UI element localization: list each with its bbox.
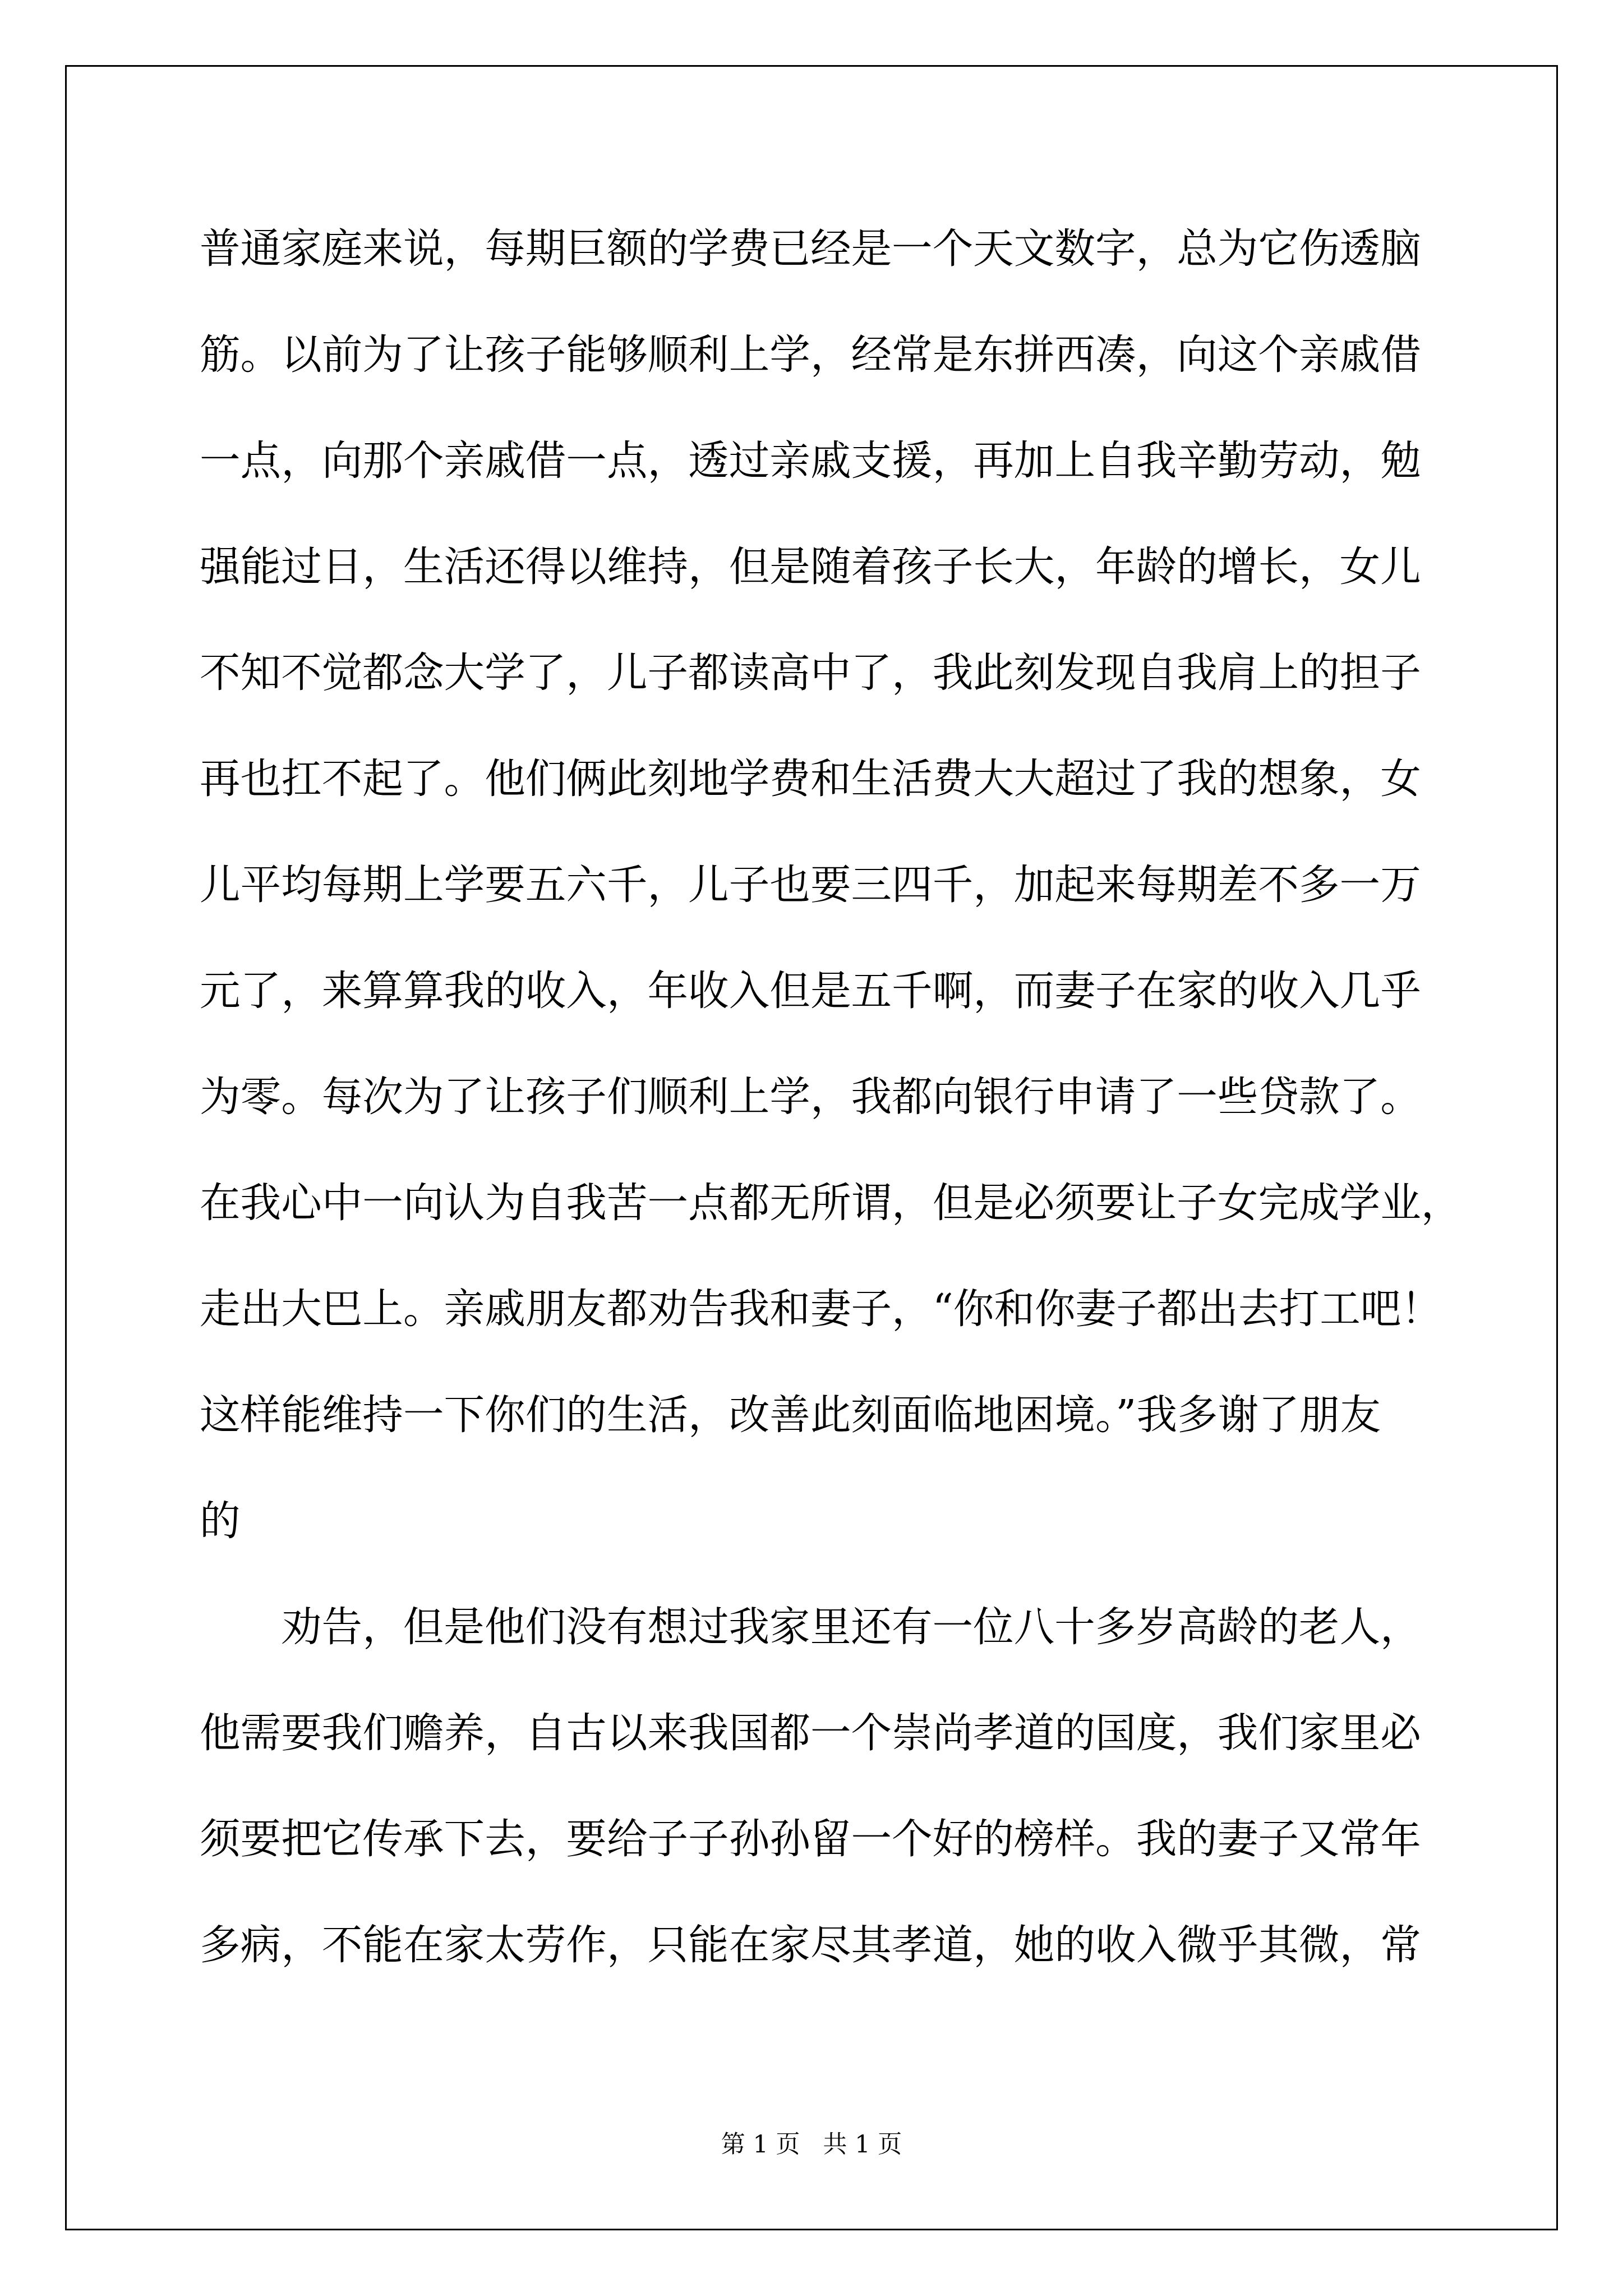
text-line: 不知不觉都念大学了，儿子都读高中了，我此刻发现自我肩上的担子 (200, 620, 1422, 726)
text-line: 他需要我们赡养，自古以来我国都一个崇尚孝道的国度，我们家里必 (200, 1681, 1422, 1787)
text-line: 强能过日，生活还得以维持，但是随着孩子长大，年龄的增长，女儿 (200, 514, 1422, 620)
document-body: 普通家庭来说，每期巨额的学费已经是一个天文数字，总为它伤透脑 筋。以前为了让孩子… (200, 196, 1422, 1999)
text-line: 走出大巴上。亲戚朋友都劝告我和妻子，“你和你妻子都出去打工吧！ (200, 1257, 1422, 1363)
page-number-footer: 第 1 页 共 1 页 (0, 2129, 1623, 2160)
text-line: 筋。以前为了让孩子能够顺利上学，经常是东拼西凑，向这个亲戚借 (200, 302, 1422, 408)
text-line: 在我心中一向认为自我苦一点都无所谓，但是必须要让子女完成学业， (200, 1151, 1422, 1257)
text-line: 普通家庭来说，每期巨额的学费已经是一个天文数字，总为它伤透脑 (200, 196, 1422, 302)
text-line: 一点，向那个亲戚借一点，透过亲戚支援，再加上自我辛勤劳动，勉 (200, 408, 1422, 514)
text-line: 的 (200, 1469, 1422, 1575)
paragraph-start-line: 劝告，但是他们没有想过我家里还有一位八十多岁高龄的老人， (200, 1575, 1422, 1681)
text-line: 儿平均每期上学要五六千，儿子也要三四千，加起来每期差不多一万 (200, 832, 1422, 938)
text-line: 为零。每次为了让孩子们顺利上学，我都向银行申请了一些贷款了。 (200, 1045, 1422, 1151)
text-line: 多病，不能在家太劳作，只能在家尽其孝道，她的收入微乎其微，常 (200, 1893, 1422, 1999)
text-line: 再也扛不起了。他们俩此刻地学费和生活费大大超过了我的想象，女 (200, 726, 1422, 832)
text-line: 元了，来算算我的收入，年收入但是五千啊，而妻子在家的收入几乎 (200, 938, 1422, 1045)
text-line: 这样能维持一下你们的生活，改善此刻面临地困境。”我多谢了朋友 (200, 1363, 1422, 1469)
text-line: 须要把它传承下去，要给子子孙孙留一个好的榜样。我的妻子又常年 (200, 1787, 1422, 1893)
